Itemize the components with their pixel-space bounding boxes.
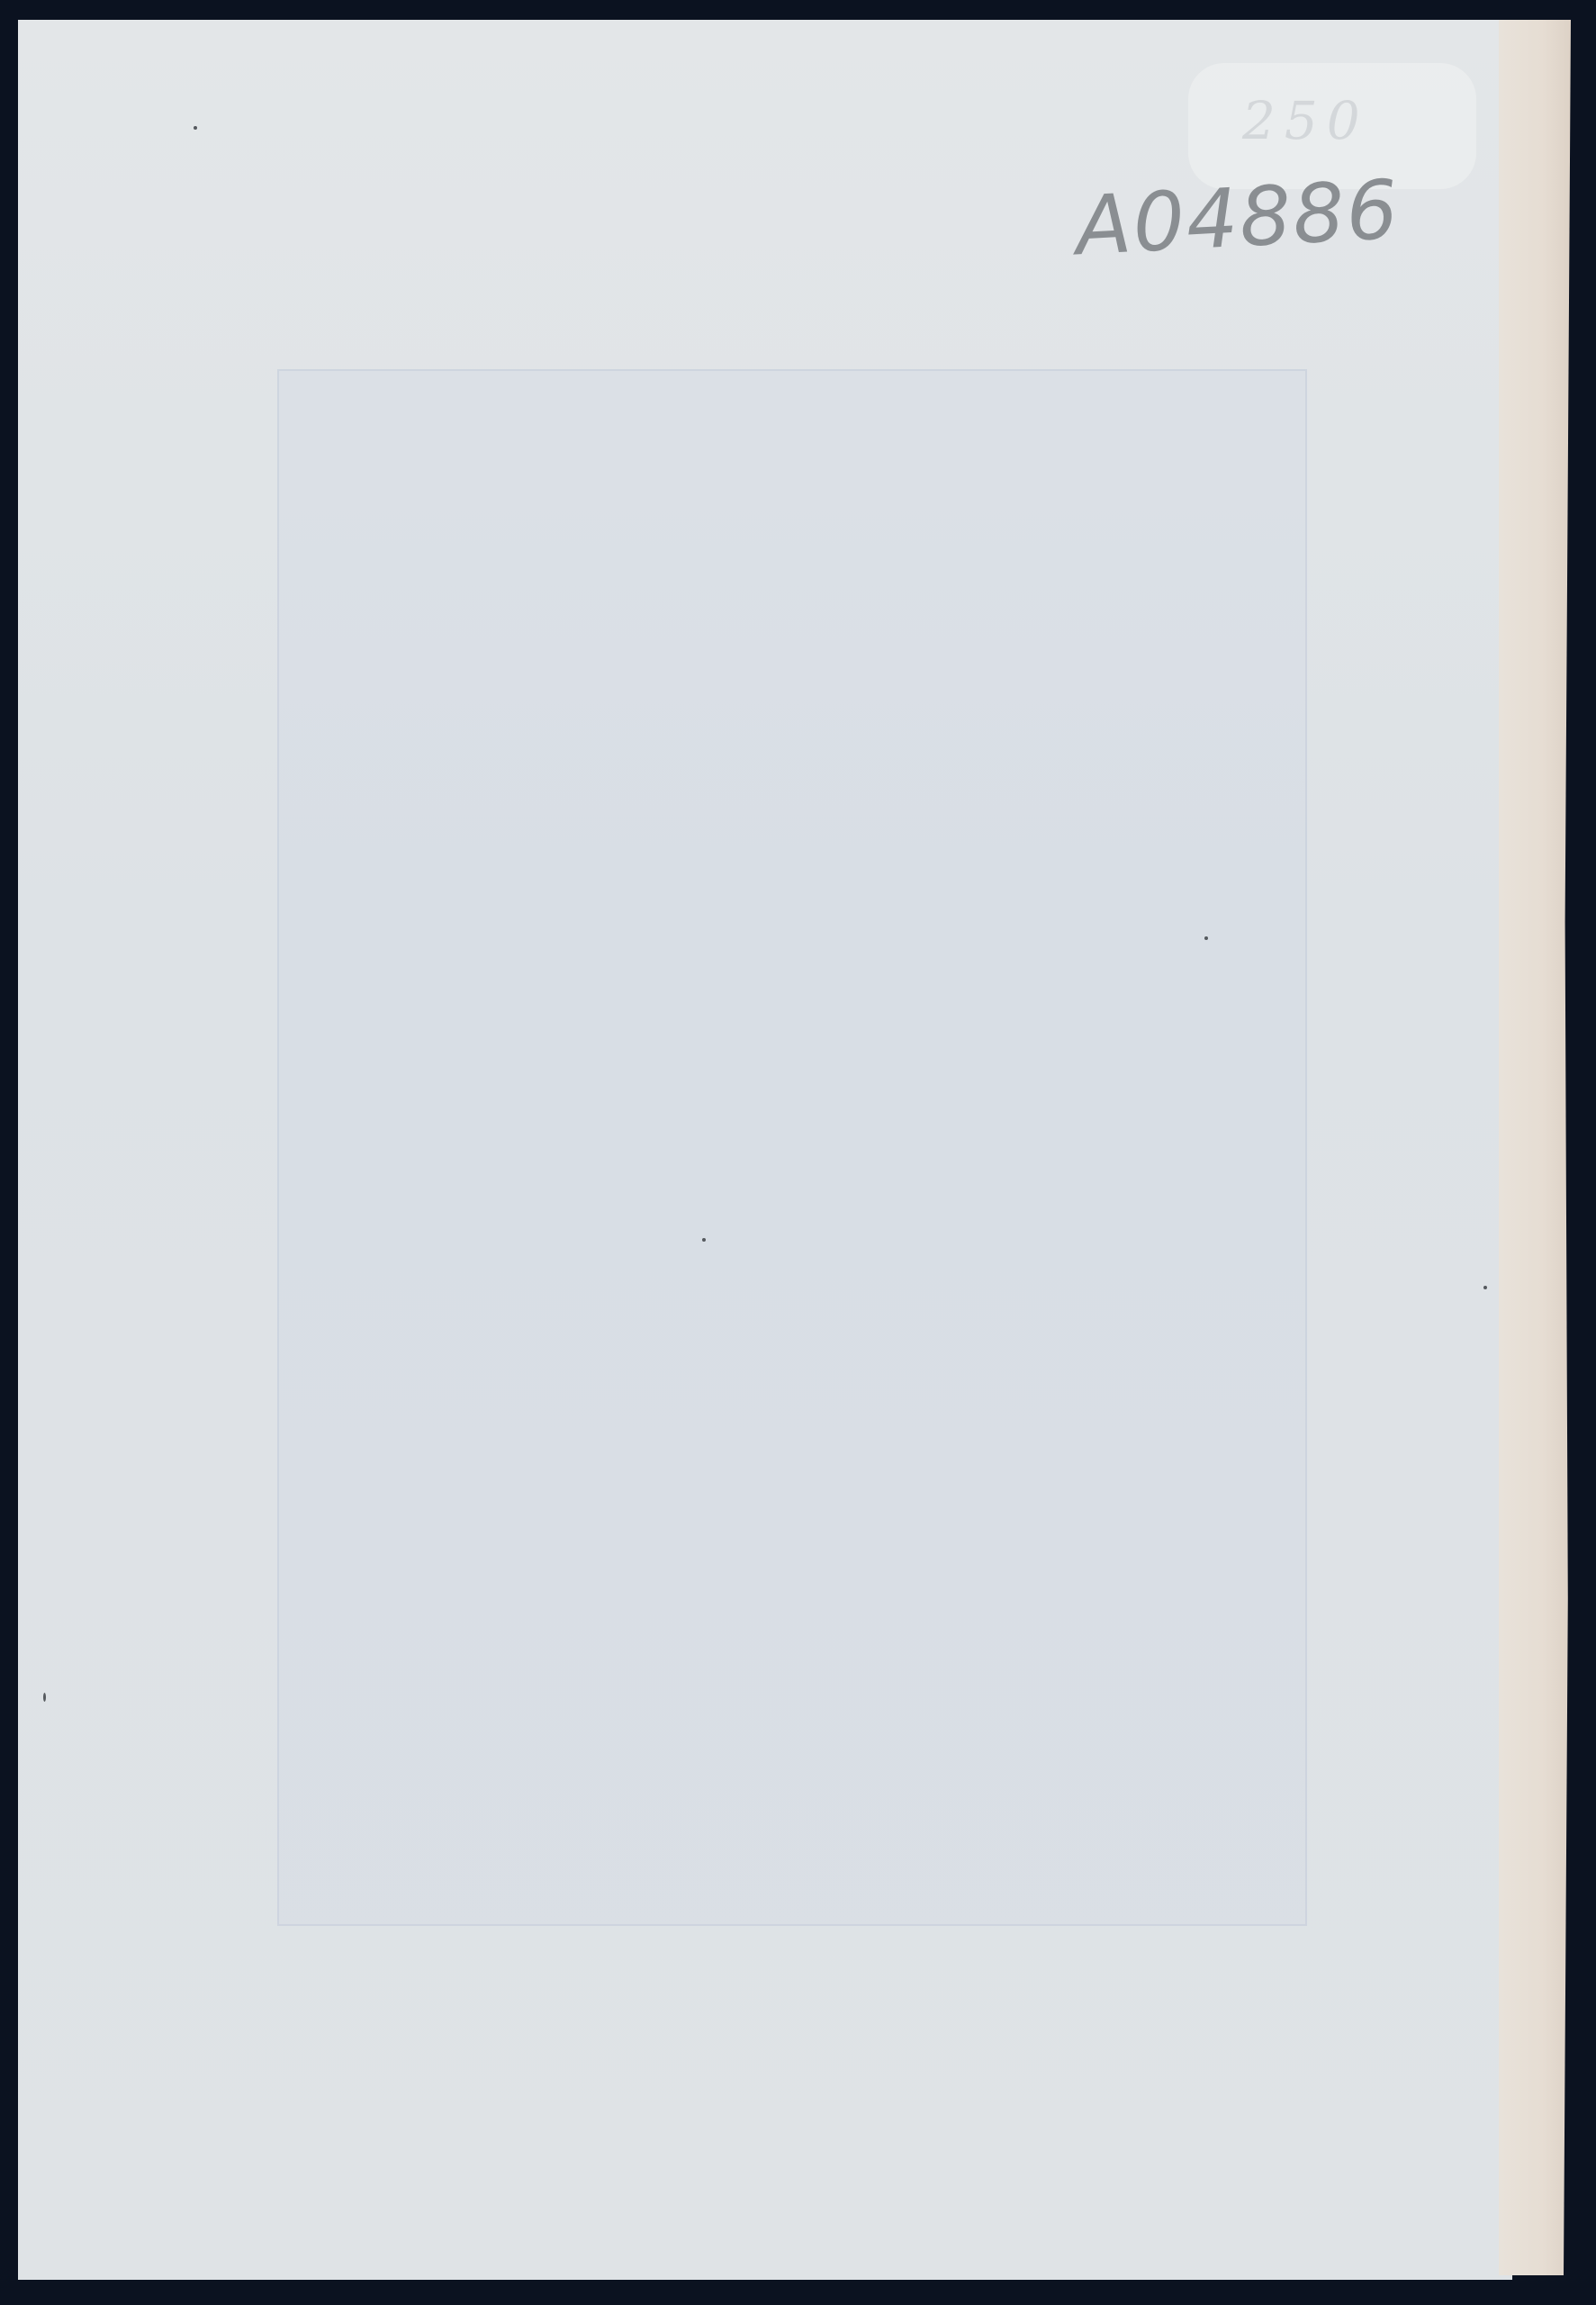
plate-mark-impression [277, 369, 1307, 1926]
speck [1483, 1286, 1487, 1289]
speck [194, 126, 197, 130]
erased-mark: 250 [1242, 90, 1369, 151]
paper-edge-strip [1499, 20, 1571, 2275]
speck [702, 1238, 706, 1242]
speck [43, 1693, 46, 1702]
speck [1204, 936, 1208, 940]
catalog-number: A04886 [1073, 163, 1402, 275]
